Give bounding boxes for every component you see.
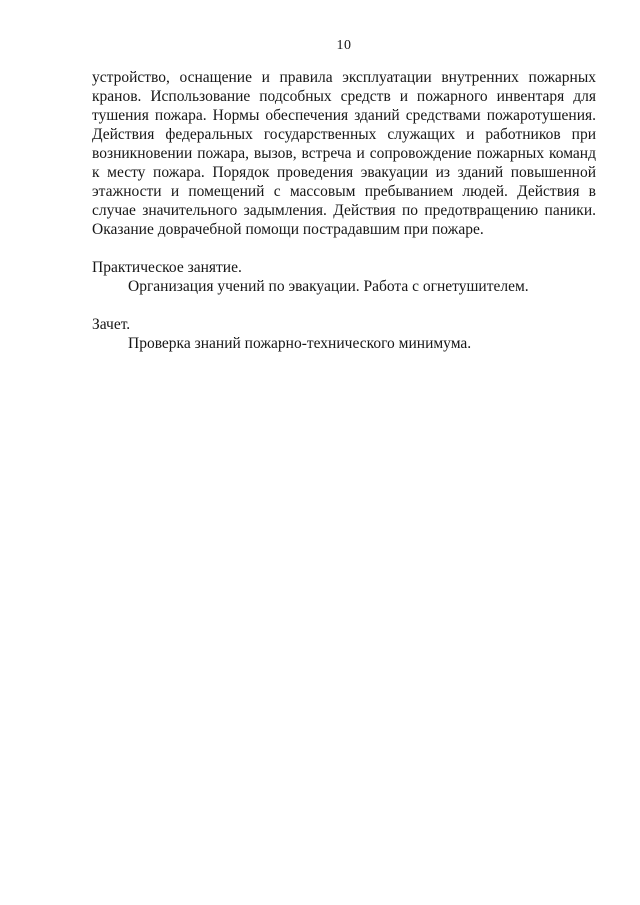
document-page: 10 устройство, оснащение и правила экспл…: [0, 0, 640, 905]
section-practical-heading: Практическое занятие.: [92, 258, 596, 277]
page-number: 10: [92, 38, 596, 54]
section-practical: Практическое занятие. Организация учений…: [92, 258, 596, 296]
section-test: Зачет. Проверка знаний пожарно-техническ…: [92, 315, 596, 353]
section-test-body: Проверка знаний пожарно-технического мин…: [92, 334, 596, 353]
body-paragraph: устройство, оснащение и правила эксплуат…: [92, 68, 596, 239]
section-practical-body: Организация учений по эвакуации. Работа …: [92, 277, 596, 296]
section-test-heading: Зачет.: [92, 315, 596, 334]
